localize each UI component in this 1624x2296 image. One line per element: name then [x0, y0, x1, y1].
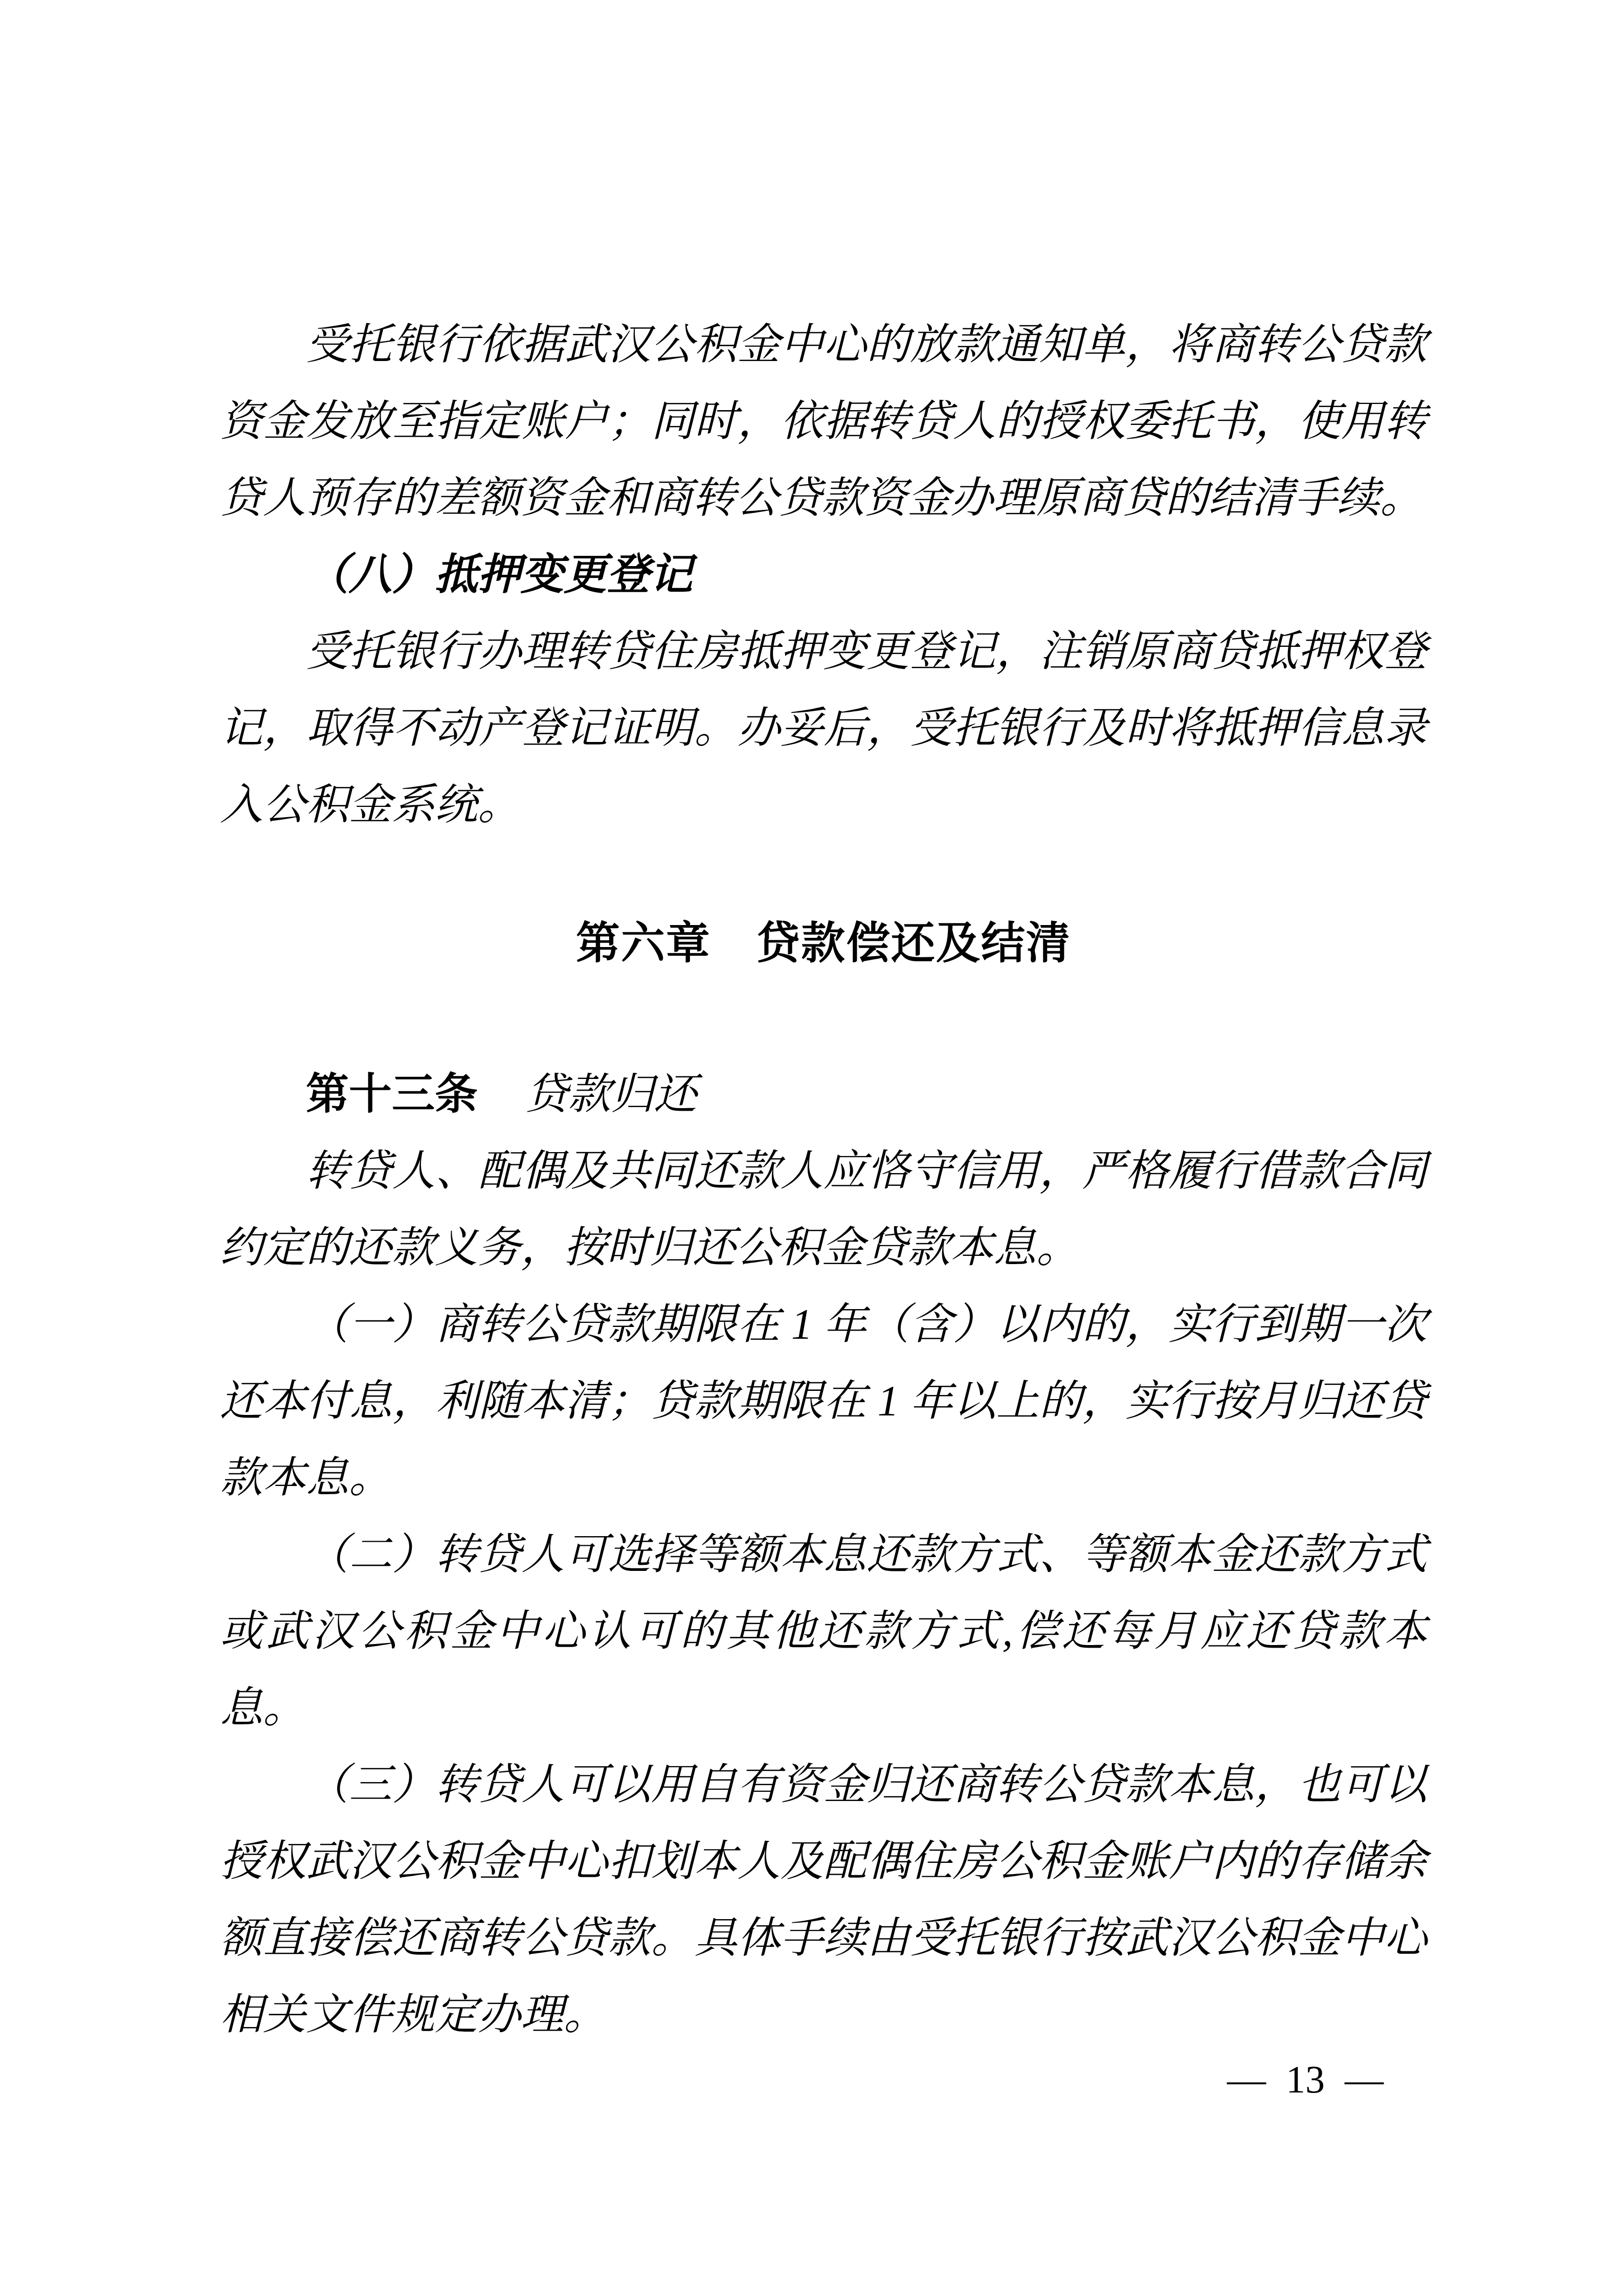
article-title: 贷款归还	[525, 1071, 697, 1118]
paragraph-repayment-obligation: 转贷人、配偶及共同还款人应恪守信用，严格履行借款合同约定的还款义务，按时归还公积…	[220, 1133, 1427, 1287]
page-number: — 13 —	[1227, 2057, 1384, 2103]
paragraph-mortgage-registration: 受托银行办理转贷住房抵押变更登记，注销原商贷抵押权登记，取得不动产登记证明。办妥…	[220, 614, 1427, 844]
sub-heading-mortgage-change-registration: （八）抵押变更登记	[220, 537, 1427, 614]
paragraph-item-1: （一）商转公贷款期限在 1 年（含）以内的，实行到期一次还本付息，利随本清；贷款…	[220, 1287, 1427, 1517]
paragraph-item-3: （三）转贷人可以用自有资金归还商转公贷款本息，也可以授权武汉公积金中心扣划本人及…	[220, 1747, 1427, 2054]
chapter-heading: 第六章 贷款偿还及结清	[220, 905, 1427, 982]
article-heading: 第十三条贷款归还	[220, 1055, 1427, 1133]
paragraph-item-2: （二）转贷人可选择等额本息还款方式、等额本金还款方式或武汉公积金中心认可的其他还…	[220, 1517, 1427, 1747]
article-number: 第十三条	[306, 1070, 478, 1118]
page-content: 受托银行依据武汉公积金中心的放款通知单，将商转公贷款资金发放至指定账户；同时，依…	[220, 307, 1427, 2054]
document-page: 受托银行依据武汉公积金中心的放款通知单，将商转公贷款资金发放至指定账户；同时，依…	[0, 0, 1624, 2296]
paragraph-loan-disbursement: 受托银行依据武汉公积金中心的放款通知单，将商转公贷款资金发放至指定账户；同时，依…	[220, 307, 1427, 537]
